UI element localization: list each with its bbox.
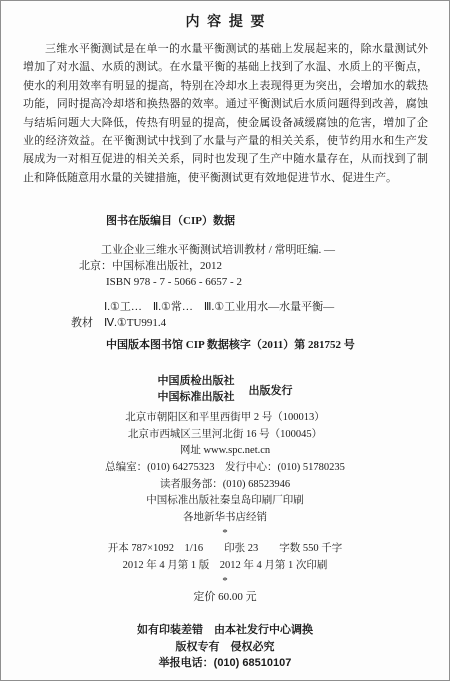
cip-entry-line-1: 工业企业三维水平衡测试培训教材 / 常明旺编. — [101,242,409,258]
imprint-details: 北京市朝阳区和平里西街甲 2 号（100013） 北京市西城区三里河北街 16 … [1,410,449,605]
copyright-notice: 版权专有 侵权必究 [1,639,449,656]
cip-classification-line-2: 教材 Ⅳ.①TU991.4 [71,315,409,331]
cip-heading: 图书在版编目（CIP）数据 [106,212,449,228]
publisher-row: 中国质检出版社 中国标准出版社 出版发行 [1,374,449,405]
publisher-names: 中国质检出版社 中国标准出版社 [158,374,235,405]
printer-line: 中国标准出版社秦皇岛印刷厂印刷 [1,493,449,510]
format-line: 开本 787×1092 1/16 印张 23 字数 550 千字 [1,541,449,558]
isbn-line: ISBN 978 - 7 - 5066 - 6657 - 2 [106,274,409,290]
abstract-paragraph: 三维水平衡测试是在单一的水量平衡测试的基础上发展起来的，除水量测试外增加了对水温… [23,40,428,187]
page-title: 内容提要 [1,11,449,31]
distributor-line: 各地新华书店经销 [1,510,449,527]
notice-section: 如有印装差错 由本社发行中心调换 版权专有 侵权必究 举报电话：(010) 68… [1,622,449,672]
price-line: 定价 60.00 元 [1,589,449,606]
phone-line-1: 总编室：(010) 64275323 发行中心：(010) 51780235 [1,460,449,477]
report-phone-line: 举报电话：(010) 68510107 [1,655,449,672]
publisher-name-1: 中国质检出版社 [158,374,235,390]
misprint-exchange-notice: 如有印装差错 由本社发行中心调换 [1,622,449,639]
publisher-name-2: 中国标准出版社 [158,390,235,406]
cip-entry-line-2: 北京：中国标准出版社，2012 [79,258,409,274]
cip-record-number: 中国版本图书馆 CIP 数据核字（2011）第 281752 号 [106,337,449,353]
publisher-address-2: 北京市西城区三里河北街 16 号（100045） [1,427,449,444]
imprint-section: 中国质检出版社 中国标准出版社 出版发行 北京市朝阳区和平里西街甲 2 号（10… [1,374,449,605]
edition-line: 2012 年 4 月第 1 版 2012 年 4 月第 1 次印刷 [1,558,449,575]
publish-distribute-label: 出版发行 [249,382,293,398]
separator-asterisk-1: * [1,526,449,541]
publisher-address-1: 北京市朝阳区和平里西街甲 2 号（100013） [1,410,449,427]
phone-line-2: 读者服务部：(010) 68523946 [1,477,449,494]
colophon-page: 内容提要 三维水平衡测试是在单一的水量平衡测试的基础上发展起来的，除水量测试外增… [0,0,450,681]
separator-asterisk-2: * [1,574,449,589]
cip-section: 图书在版编目（CIP）数据 工业企业三维水平衡测试培训教材 / 常明旺编. — … [1,212,449,353]
publisher-website: 网址 www.spc.net.cn [1,443,449,460]
cip-classification-line-1: Ⅰ.①工… Ⅱ.①常… Ⅲ.①工业用水—水量平衡— [104,299,409,315]
